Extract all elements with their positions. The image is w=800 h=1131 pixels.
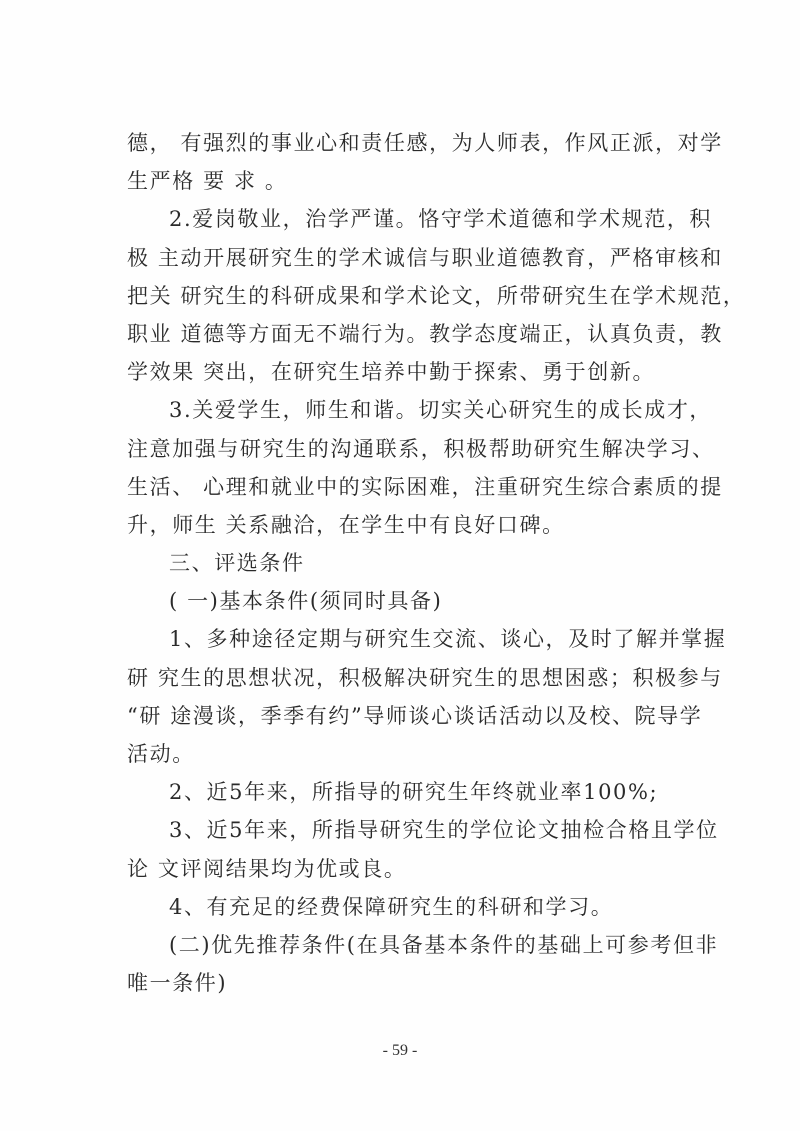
document-body: 德， 有强烈的事业心和责任感，为人师表，作风正派，对学 生严格 要 求 。 2.… <box>127 124 699 1002</box>
text-line: 3、近5年来，所指导研究生的学位论文抽检合格且学位 <box>127 811 699 849</box>
text-line: 生严格 要 求 。 <box>127 162 699 200</box>
text-line: 注意加强与研究生的沟通联系，积极帮助研究生解决学习、 <box>127 430 699 468</box>
text-line: 唯一条件) <box>127 964 699 1002</box>
text-line: 生活、 心理和就业中的实际困难，注重研究生综合素质的提 <box>127 468 699 506</box>
text-line: 2、近5年来，所指导的研究生年终就业率100%; <box>127 773 699 811</box>
text-line: 2.爱岗敬业，治学严谨。恪守学术道德和学术规范，积 <box>127 200 699 238</box>
text-line: 研 究生的思想状况，积极解决研究生的思想困惑；积极参与 <box>127 659 699 697</box>
text-line: 学效果 突出，在研究生培养中勤于探索、勇于创新。 <box>127 353 699 391</box>
subsection-heading: ( 一)基本条件(须同时具备) <box>127 582 699 620</box>
document-page: 德， 有强烈的事业心和责任感，为人师表，作风正派，对学 生严格 要 求 。 2.… <box>0 0 800 1131</box>
subsection-heading: (二)优先推荐条件(在具备基本条件的基础上可参考但非 <box>127 926 699 964</box>
text-line: 职业 道德等方面无不端行为。教学态度端正，认真负责，教 <box>127 315 699 353</box>
text-line: 3.关爱学生，师生和谐。切实关心研究生的成长成才， <box>127 391 699 429</box>
section-heading: 三、评选条件 <box>127 544 699 582</box>
text-line: “研 途漫谈，季季有约”导师谈心谈话活动以及校、院导学 <box>127 697 699 735</box>
page-number: - 59 - <box>0 1042 800 1060</box>
text-line: 升，师生 关系融洽，在学生中有良好口碑。 <box>127 506 699 544</box>
text-line: 活动。 <box>127 735 699 773</box>
text-line: 把关 研究生的科研成果和学术论文，所带研究生在学术规范， <box>127 277 699 315</box>
text-line: 论 文评阅结果均为优或良。 <box>127 850 699 888</box>
text-line: 极 主动开展研究生的学术诚信与职业道德教育，严格审核和 <box>127 239 699 277</box>
text-line: 德， 有强烈的事业心和责任感，为人师表，作风正派，对学 <box>127 124 699 162</box>
text-line: 4、有充足的经费保障研究生的科研和学习。 <box>127 888 699 926</box>
text-line: 1、多种途径定期与研究生交流、谈心，及时了解并掌握 <box>127 620 699 658</box>
